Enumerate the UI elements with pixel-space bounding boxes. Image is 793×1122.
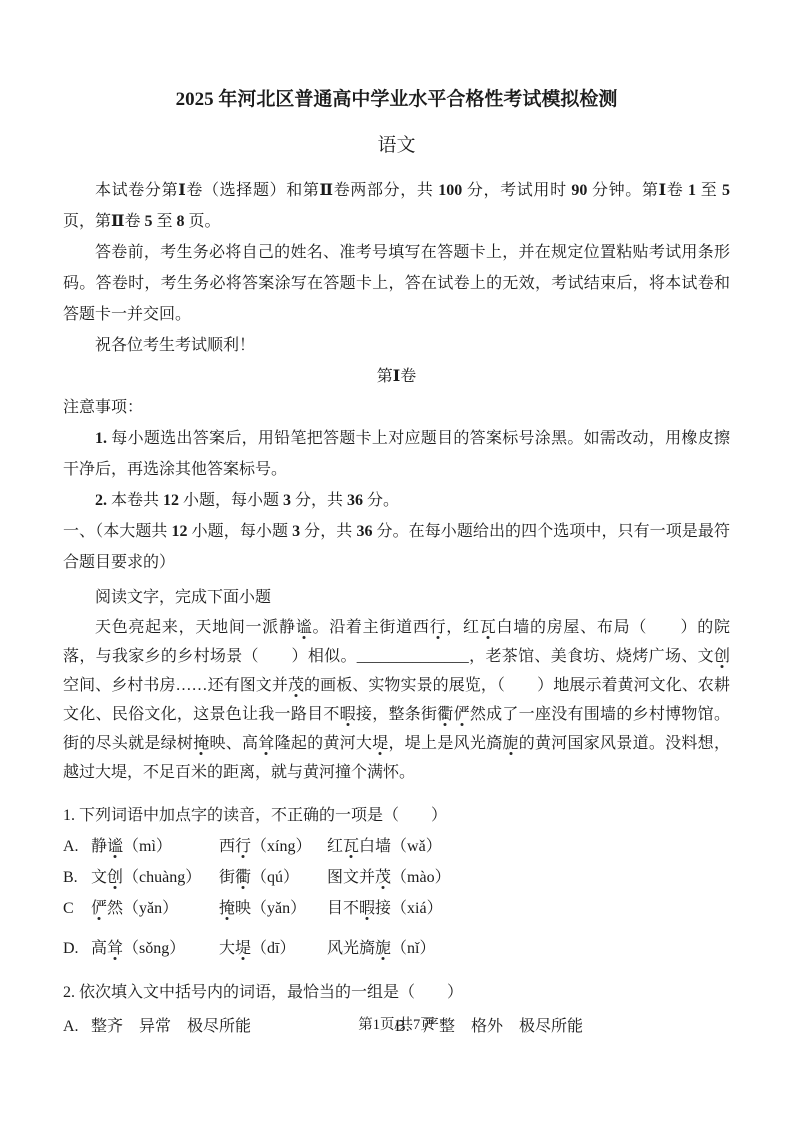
q1-option-c: C 俨然（yǎn） 掩映（yǎn） 目不暇接（xiá）	[63, 894, 730, 924]
q1-option-b: B. 文创（chuàng） 街衢（qú） 图文并茂（mào）	[63, 863, 730, 893]
option-word: 街衢（qú）	[219, 863, 327, 893]
question-1-stem: 1. 下列词语中加点字的读音，不正确的一项是（ ）	[63, 800, 730, 831]
exam-info-paragraph: 本试卷分第Ⅰ卷（选择题）和第Ⅱ卷两部分，共 100 分，考试用时 90 分钟。第…	[63, 175, 730, 237]
document-title: 2025 年河北区普通高中学业水平合格性考试模拟检测	[63, 86, 730, 114]
notes-label: 注意事项：	[63, 392, 730, 423]
option-label: D.	[63, 934, 91, 964]
exam-paper-page: 2025 年河北区普通高中学业水平合格性考试模拟检测 语文 本试卷分第Ⅰ卷（选择…	[0, 0, 793, 1122]
option-label: B.	[63, 863, 91, 893]
note-item-2: 2. 本卷共 12 小题，每小题 3 分，共 36 分。	[63, 485, 730, 516]
option-word: 目不暇接（xiá）	[327, 894, 443, 924]
option-word: 红瓦白墙（wǎ）	[327, 832, 442, 862]
option-word: 掩映（yǎn）	[219, 894, 327, 924]
option-word: 静谧（mì）	[91, 832, 219, 862]
option-word: 图文并茂（mào）	[327, 863, 451, 893]
reading-passage: 天色亮起来，天地间一派静谧。沿着主街道西行，红瓦白墙的房屋、布局（ ）的院落，与…	[63, 613, 730, 787]
page-footer: 第1页/共7页	[0, 1013, 793, 1034]
option-word: 西行（xíng）	[219, 832, 327, 862]
option-label: C	[63, 894, 91, 924]
section-one-heading: 一、（本大题共 12 小题，每小题 3 分，共 36 分。在每小题给出的四个选项…	[63, 516, 730, 578]
option-word: 高耸（sǒng）	[91, 934, 219, 964]
question-2-stem: 2. 依次填入文中括号内的词语，最恰当的一组是（ ）	[63, 977, 730, 1008]
q1-option-a: A. 静谧（mì） 西行（xíng） 红瓦白墙（wǎ）	[63, 832, 730, 862]
part1-heading: 第Ⅰ卷	[63, 361, 730, 392]
answer-instructions-paragraph: 答卷前，考生务必将自己的姓名、准考号填写在答题卡上，并在规定位置粘贴考试用条形码…	[63, 237, 730, 330]
option-word: 俨然（yǎn）	[91, 894, 219, 924]
option-word: 大堤（dī）	[219, 934, 327, 964]
good-luck-line: 祝各位考生考试顺利！	[63, 330, 730, 361]
note-item-1: 1. 每小题选出答案后，用铅笔把答题卡上对应题目的答案标号涂黑。如需改动，用橡皮…	[63, 423, 730, 485]
option-word: 风光旖旎（nǐ）	[327, 934, 435, 964]
subject-title: 语文	[63, 132, 730, 160]
option-word: 文创（chuàng）	[91, 863, 219, 893]
option-label: A.	[63, 832, 91, 862]
reading-lead: 阅读文字，完成下面小题	[63, 582, 730, 613]
q1-option-d: D. 高耸（sǒng） 大堤（dī） 风光旖旎（nǐ）	[63, 934, 730, 964]
